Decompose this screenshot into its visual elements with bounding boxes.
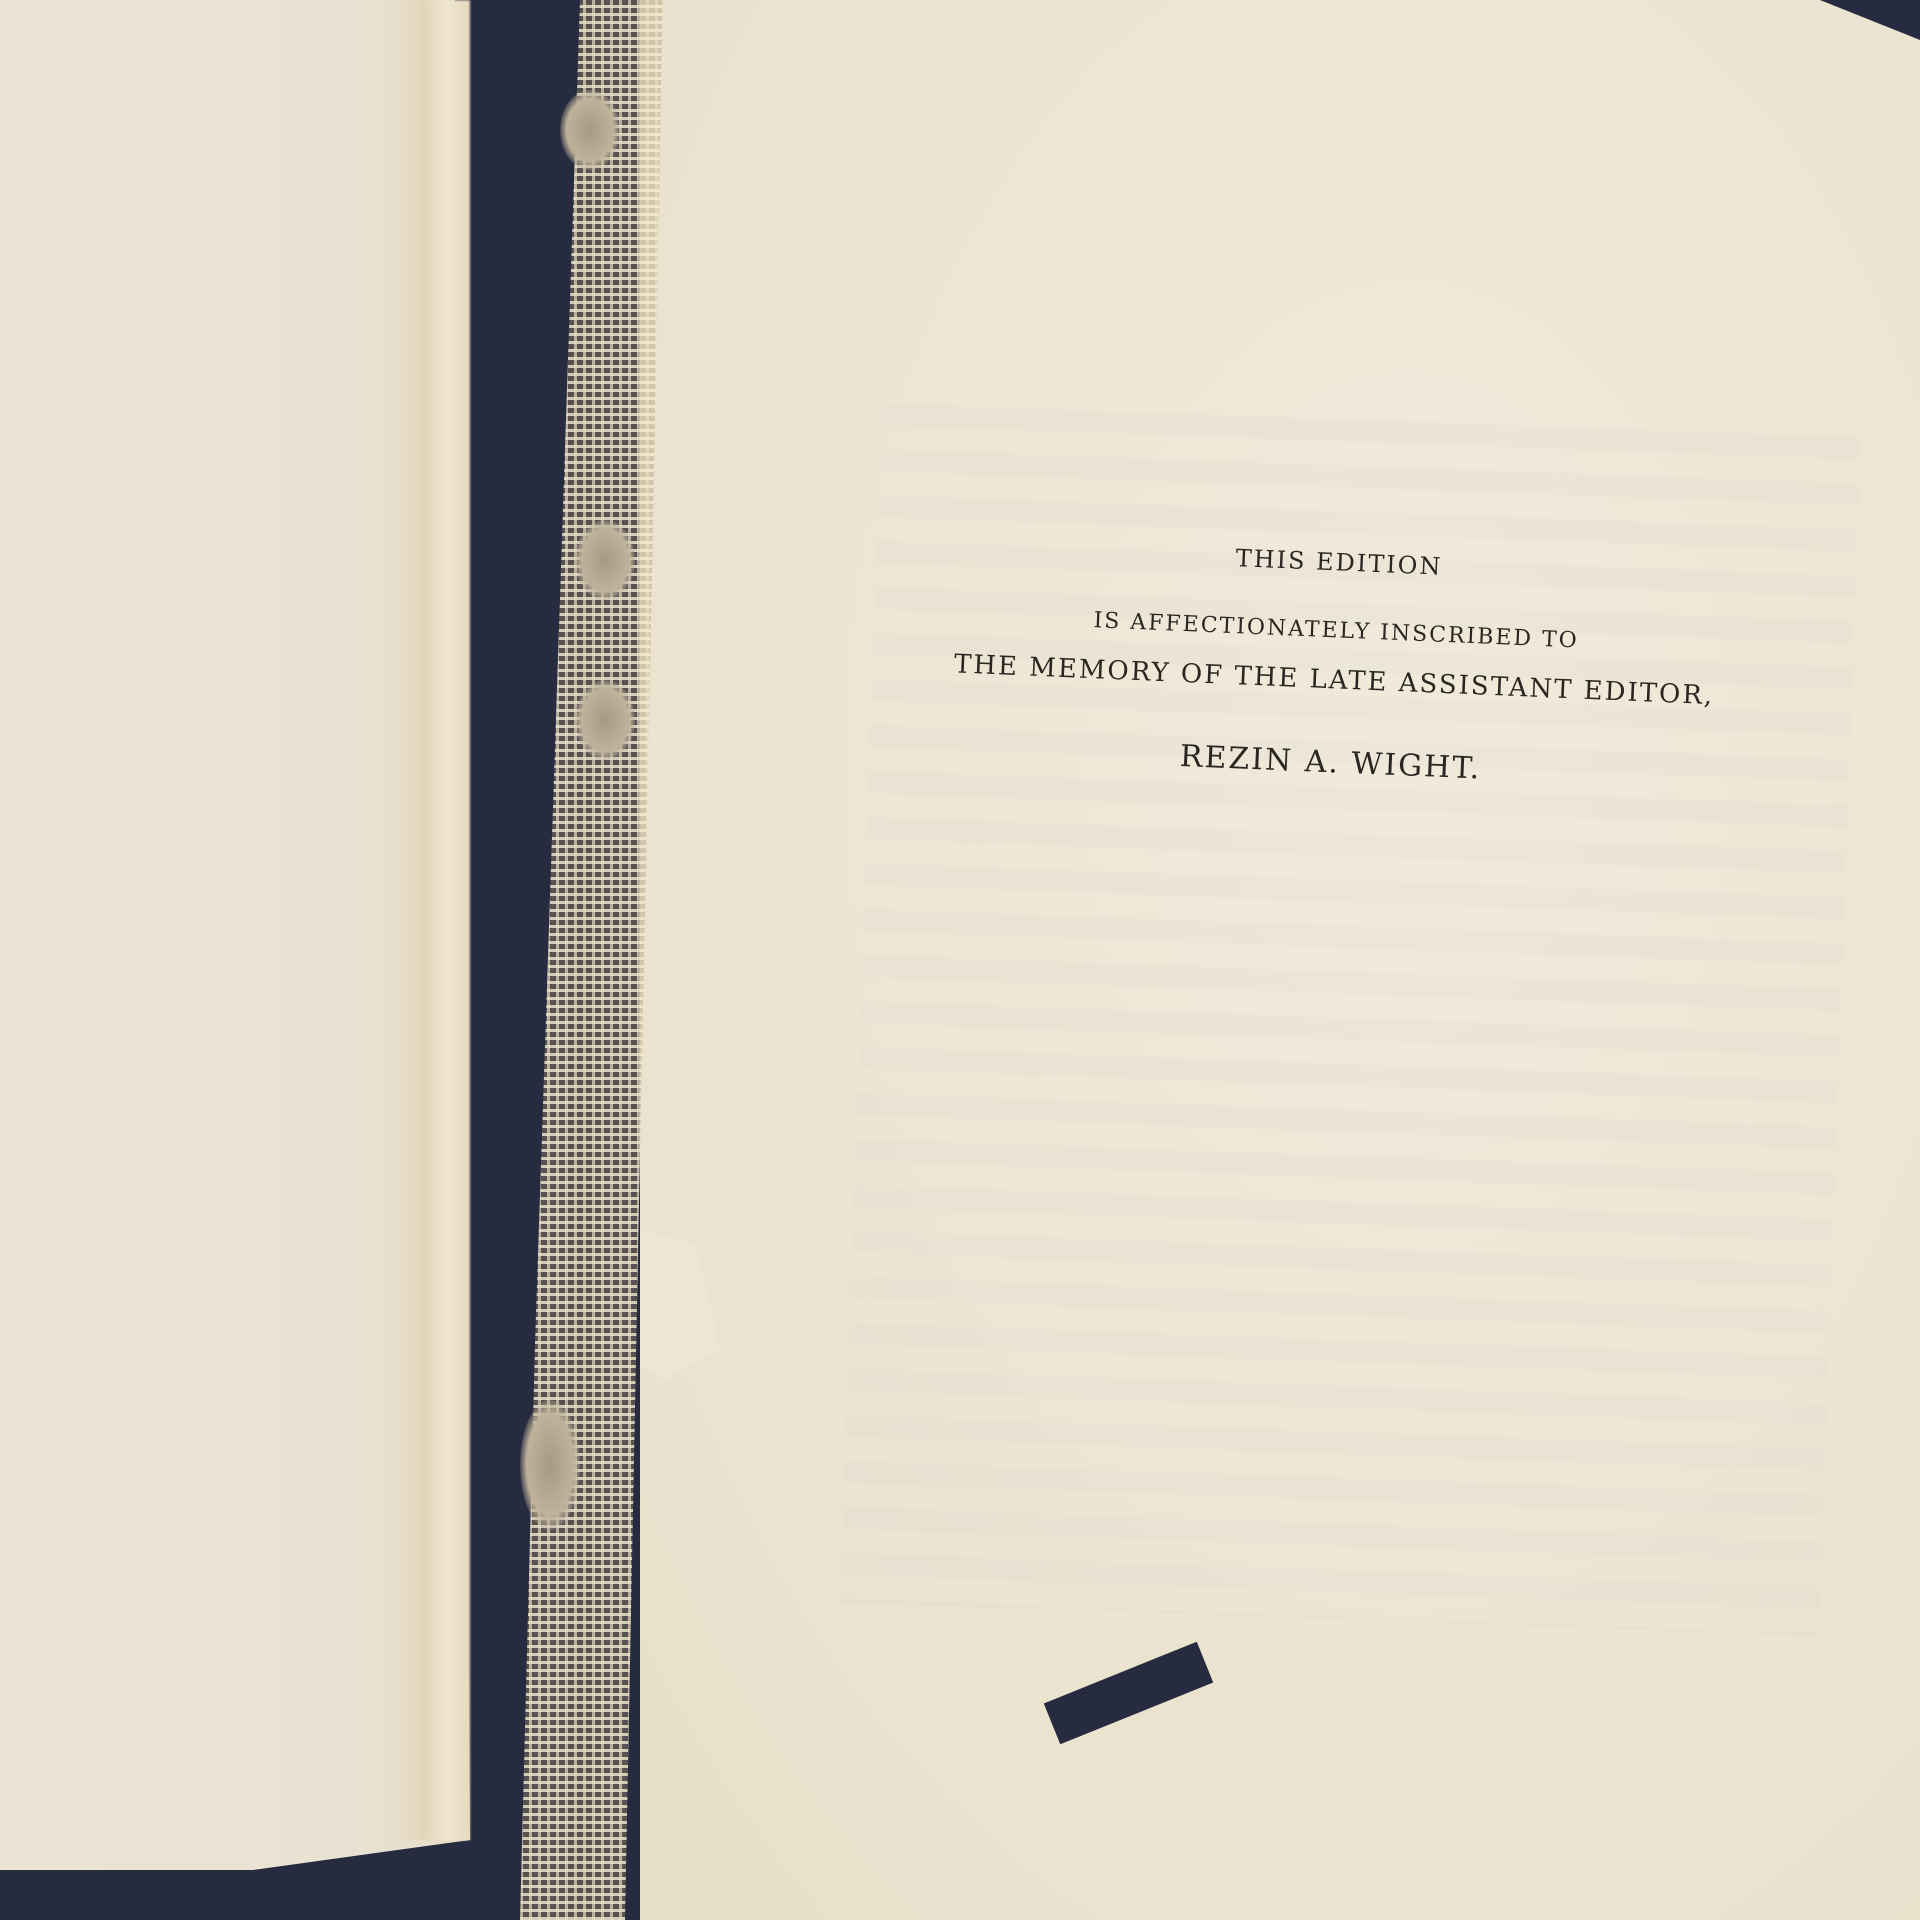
left-page-edge	[395, 0, 470, 1840]
binding-thread-knot	[575, 680, 635, 760]
binding-thread-knot	[520, 1400, 580, 1530]
binding-thread-knot	[560, 90, 620, 170]
binding-thread-knot	[575, 520, 635, 600]
dedication-text: THIS EDITION IS AFFECTIONATELY INSCRIBED…	[890, 530, 1779, 799]
dedication-line-3: THE MEMORY OF THE LATE ASSISTANT EDITOR,	[894, 647, 1774, 714]
